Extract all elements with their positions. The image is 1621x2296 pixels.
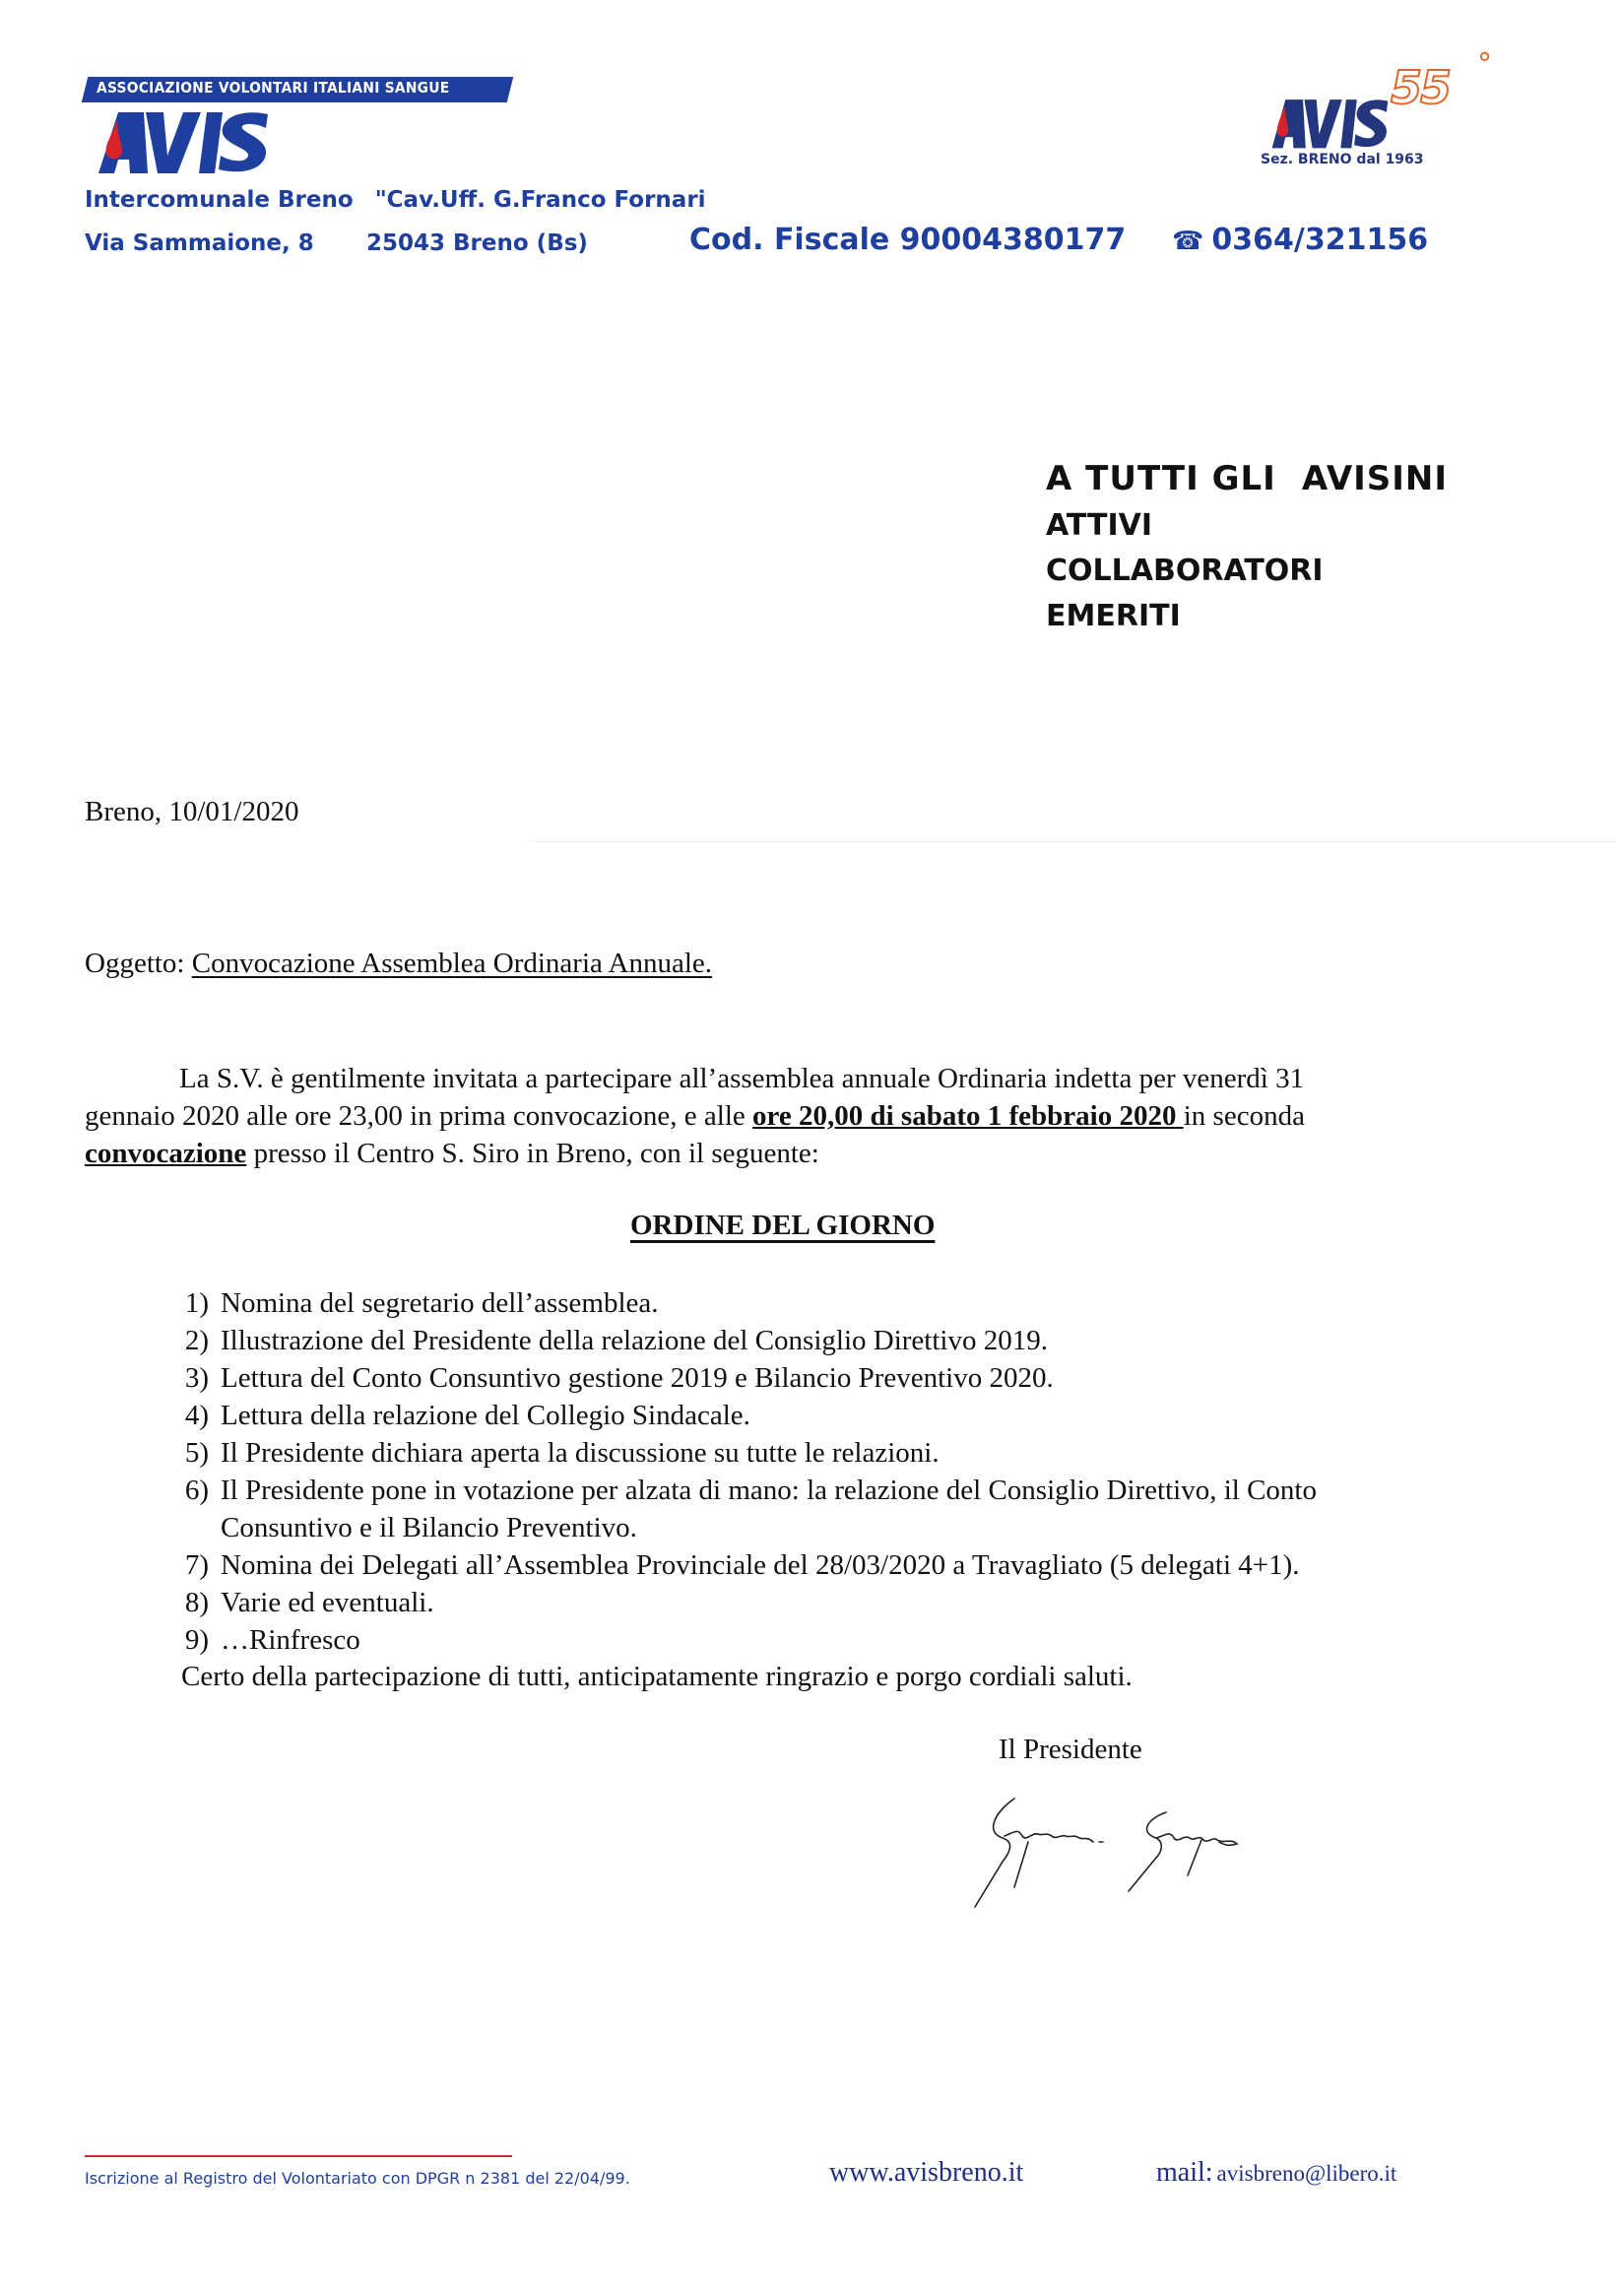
agenda-item-text: Consuntivo e il Bilancio Preventivo. <box>221 1509 637 1546</box>
avis-logo-small <box>1263 97 1391 150</box>
agenda-item-text: Nomina dei Delegati all’Assemblea Provin… <box>221 1546 1300 1584</box>
second-call-label: convocazione <box>85 1138 246 1169</box>
agenda-item-text: Il Presidente pone in votazione per alza… <box>221 1472 1317 1509</box>
agenda-item: Consuntivo e il Bilancio Preventivo. <box>158 1509 1317 1546</box>
agenda-item-text: Varie ed eventuali. <box>221 1584 434 1621</box>
agenda-item-number: 2) <box>158 1322 221 1359</box>
website-link[interactable]: www.avisbreno.it <box>829 2157 1023 2189</box>
recipients-heading: A TUTTI GLIAVISINI <box>1046 459 1448 498</box>
header-line-1: Intercomunale Breno"Cav.Uff. G.Franco Fo… <box>85 187 706 213</box>
recipient-group: EMERITI <box>1046 599 1181 633</box>
signature-image <box>945 1793 1261 1911</box>
paragraph-line-2-pre: gennaio 2020 alle ore 23,00 in prima con… <box>85 1100 752 1132</box>
anniversary-number: 55 <box>1391 61 1450 114</box>
agenda-item-text: Il Presidente dichiara aperta la discuss… <box>221 1434 940 1472</box>
subject-line: Oggetto: Convocazione Assemblea Ordinari… <box>85 948 712 980</box>
paragraph-line-3-post: presso il Centro S. Siro in Breno, con i… <box>246 1138 819 1169</box>
agenda-item-number: 9) <box>158 1621 221 1659</box>
scan-artifact-line <box>532 841 1615 842</box>
agenda-item-text: Illustrazione del Presidente della relaz… <box>221 1322 1048 1359</box>
agenda-item: 6)Il Presidente pone in votazione per al… <box>158 1472 1317 1509</box>
agenda-item-number: 8) <box>158 1584 221 1621</box>
paragraph-line-2-post: in seconda <box>1184 1100 1305 1132</box>
recipients-heading-part2: AVISINI <box>1302 459 1448 498</box>
email-contact: mail: avisbreno@libero.it <box>1156 2157 1396 2189</box>
agenda-item: 5)Il Presidente dichiara aperta la discu… <box>158 1434 1317 1472</box>
agenda-item: 1)Nomina del segretario dell’assemblea. <box>158 1284 1317 1322</box>
agenda-item-number: 1) <box>158 1284 221 1322</box>
invitation-paragraph: La S.V. è gentilmente invitata a parteci… <box>85 1060 1493 1172</box>
agenda-item-text: Lettura della relazione del Collegio Sin… <box>221 1397 750 1434</box>
agenda-item: 8)Varie ed eventuali. <box>158 1584 1317 1621</box>
agenda-item-text: …Rinfresco <box>221 1621 360 1659</box>
mail-address[interactable]: avisbreno@libero.it <box>1217 2161 1397 2186</box>
header-fiscal-code: Cod. Fiscale 90004380177 <box>689 223 1126 257</box>
recipient-group: COLLABORATORI <box>1046 554 1324 588</box>
agenda-item-number: 3) <box>158 1359 221 1397</box>
agenda-item: 9)…Rinfresco <box>158 1621 1317 1659</box>
recipients-heading-part1: A TUTTI GLI <box>1046 459 1276 498</box>
agenda-item-number: 5) <box>158 1434 221 1472</box>
subject-text: Convocazione Assemblea Ordinaria Annuale… <box>192 948 712 979</box>
phone-number: 0364/321156 <box>1211 223 1428 257</box>
header-intercomunale: Intercomunale Breno <box>85 187 354 213</box>
agenda-title: ORDINE DEL GIORNO <box>630 1210 935 1242</box>
agenda-item-number: 6) <box>158 1472 221 1509</box>
subject-label: Oggetto: <box>85 948 185 979</box>
anniversary-degree: ° <box>1477 47 1492 82</box>
agenda-item: 4)Lettura della relazione del Collegio S… <box>158 1397 1317 1434</box>
agenda-item-text: Nomina del segretario dell’assemblea. <box>221 1284 659 1322</box>
agenda-item: 2)Illustrazione del Presidente della rel… <box>158 1322 1317 1359</box>
agenda-item-number: 4) <box>158 1397 221 1434</box>
date-line: Breno, 10/01/2020 <box>85 796 299 828</box>
second-call-datetime: ore 20,00 di sabato 1 febbraio 2020 <box>752 1100 1184 1132</box>
agenda-item: 7)Nomina dei Delegati all’Assemblea Prov… <box>158 1546 1317 1584</box>
section-tagline: Sez. BRENO dal 1963 <box>1261 152 1424 167</box>
agenda-item-number <box>158 1509 221 1546</box>
mail-label: mail: <box>1156 2157 1213 2188</box>
footer-rule <box>85 2155 512 2157</box>
paragraph-line-1: La S.V. è gentilmente invitata a parteci… <box>179 1063 1304 1094</box>
header-phone: ☎0364/321156 <box>1172 223 1428 257</box>
avis-logo <box>85 108 272 175</box>
recipient-group: ATTIVI <box>1046 508 1152 543</box>
header-street: Via Sammaione, 8 <box>85 230 314 256</box>
closing-line: Certo della partecipazione di tutti, ant… <box>181 1661 1133 1693</box>
telephone-icon: ☎ <box>1172 227 1203 256</box>
header-city: 25043 Breno (Bs) <box>366 230 588 256</box>
registration-note: Iscrizione al Registro del Volontariato … <box>85 2169 630 2188</box>
signatory-title: Il Presidente <box>999 1734 1142 1766</box>
agenda-item-number: 7) <box>158 1546 221 1584</box>
agenda-item-text: Lettura del Conto Consuntivo gestione 20… <box>221 1359 1054 1397</box>
association-name: ASSOCIAZIONE VOLONTARI ITALIANI SANGUE <box>97 79 449 97</box>
header-dedication: "Cav.Uff. G.Franco Fornari <box>375 187 706 213</box>
agenda-list: 1)Nomina del segretario dell’assemblea.2… <box>158 1284 1317 1659</box>
agenda-item: 3)Lettura del Conto Consuntivo gestione … <box>158 1359 1317 1397</box>
